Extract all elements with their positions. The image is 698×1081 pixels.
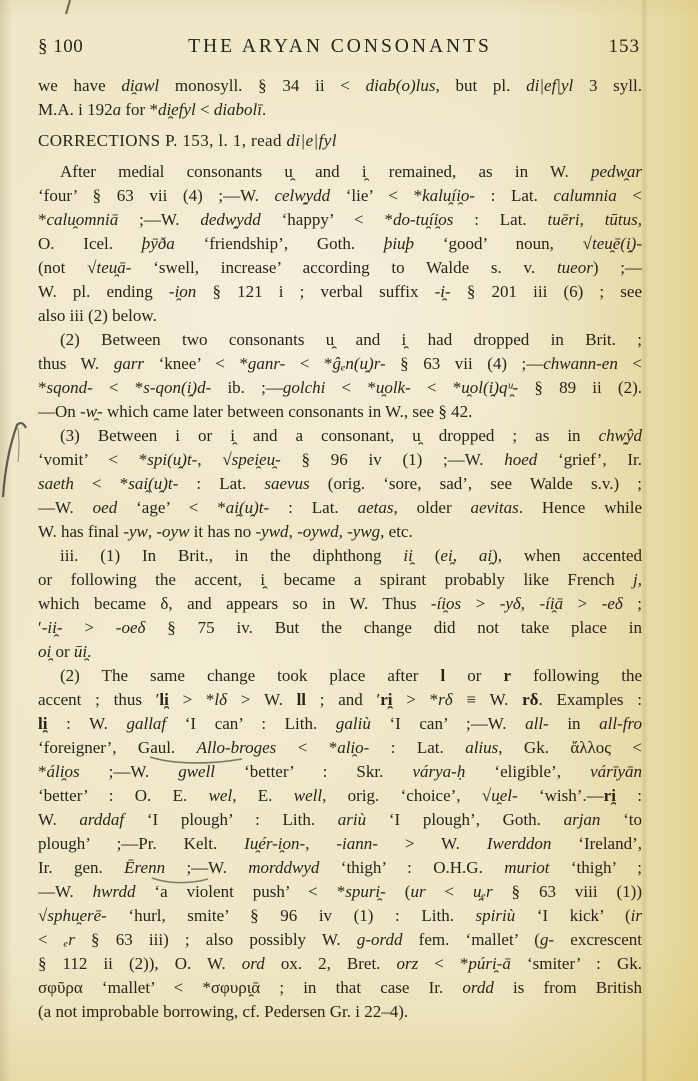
- text-line: or following the accent, i̯ became a spi…: [38, 568, 642, 592]
- text-line: W. arddaf ‘I plough’ : Lith. ariù ‘I plo…: [38, 808, 642, 832]
- text-line: (2) Between two consonants u̯ and i̯ had…: [38, 328, 642, 352]
- pen-tick-top: [66, 0, 70, 14]
- text-line: W. pl. ending -i̯on § 121 i ; verbal suf…: [38, 280, 642, 304]
- text-line: *sqond- < *s-qon(i̯)d- ib. ;—golchi < *u…: [38, 376, 642, 400]
- text-line: ‘foreigner’, Gaul. Allo-broges < *ali̯o-…: [38, 736, 642, 760]
- text-line: thus W. garr ‘knee’ < *ganr- < *ĝₑn(u̯)r…: [38, 352, 642, 376]
- text-line: § 112 ii (2)), O. W. ord ox. 2, Bret. or…: [38, 952, 642, 976]
- text-line: After medial consonants u̯ and i̯ remain…: [38, 160, 642, 184]
- paragraph-indent: iii. (1) In Brit., in the diphthong ii̯ …: [38, 544, 642, 664]
- text-line: *áli̯os ;—W. gwell ‘better’ : Skr. várya…: [38, 760, 642, 784]
- paragraph-corrections: CORRECTIONS P. 153, l. 1, read di|e|fyl: [38, 129, 642, 153]
- text-line: ‘better’ : O. E. wel, E. well, orig. ‘ch…: [38, 784, 642, 808]
- text-line: (3) Between i or i̯ and a consonant, u̯ …: [38, 424, 642, 448]
- text-block: we have di̯awl monosyll. § 34 ii < diab(…: [38, 74, 642, 1024]
- page-number: 153: [609, 36, 641, 58]
- text-line: ‘vomit’ < *spi(u̯)t-, √spei̯eu̯- § 96 iv…: [38, 448, 642, 472]
- paragraph-continuation: we have di̯awl monosyll. § 34 ii < diab(…: [38, 74, 642, 122]
- text-line: O. Icel. þȳða ‘friendship’, Goth. þiuþ ‘…: [38, 232, 642, 256]
- text-line: ′-ii̯- > -oeδ § 75 iv. But the change di…: [38, 616, 642, 640]
- text-line: —On -w̯- which came later between conson…: [38, 400, 642, 424]
- text-line: √sphu̯erē- ‘hurl, smite’ § 96 iv (1) : L…: [38, 904, 642, 928]
- text-line: also iii (2) below.: [38, 304, 642, 328]
- text-line: which became δ, and appears so in W. Thu…: [38, 592, 642, 616]
- page-title: THE ARYAN CONSONANTS: [38, 36, 642, 58]
- running-head: § 100 THE ARYAN CONSONANTS 153: [38, 36, 642, 62]
- text-line: —W. hwrdd ‘a violent push’ < *spuri̯- (u…: [38, 880, 642, 904]
- scanned-book-page: § 100 THE ARYAN CONSONANTS 153 we have d…: [0, 0, 698, 1081]
- pen-margin-slash: [3, 423, 26, 497]
- text-line: (not √teu̯ā- ‘swell, increase’ according…: [38, 256, 642, 280]
- text-line: oi̯ or ūi̯.: [38, 640, 642, 664]
- text-line: W. has final -yw, -oyw it has no -ywd, -…: [38, 520, 642, 544]
- paragraph-indent: (3) Between i or i̯ and a consonant, u̯ …: [38, 424, 642, 544]
- text-line: li̯ : W. gallaf ‘I can’ : Lith. galiù ‘I…: [38, 712, 642, 736]
- pen-margin-slash-hairline: [18, 428, 19, 462]
- text-line: we have di̯awl monosyll. § 34 ii < diab(…: [38, 74, 642, 98]
- text-line: accent ; thus ′li̯ > *lδ > W. ll ; and ′…: [38, 688, 642, 712]
- text-line: *calu̯omniā ;—W. dedw̯ydd ‘happy’ < *do-…: [38, 208, 642, 232]
- text-line: M.A. i 192a for *di̯efyl < diabolī.: [38, 98, 642, 122]
- paragraph-indent: (2) Between two consonants u̯ and i̯ had…: [38, 328, 642, 424]
- text-line: plough’ ;—Pr. Kelt. Iu̯ér-i̯on-, -iann- …: [38, 832, 642, 856]
- text-line: saeth < *sai̯(u̯)t- : Lat. saevus (orig.…: [38, 472, 642, 496]
- text-line: CORRECTIONS P. 153, l. 1, read di|e|fyl: [38, 129, 642, 153]
- paragraph-indent: After medial consonants u̯ and i̯ remain…: [38, 160, 642, 328]
- text-line: < ₑr § 63 iii) ; also possibly W. g-ordd…: [38, 928, 642, 952]
- paragraph-indent: (2) The same change took place after l o…: [38, 664, 642, 1024]
- text-line: —W. oed ‘age’ < *ai̯(u̯)t- : Lat. aetas,…: [38, 496, 642, 520]
- text-line: (2) The same change took place after l o…: [38, 664, 642, 688]
- text-line: (a not improbable borrowing, cf. Pederse…: [38, 1000, 642, 1024]
- text-line: ‘four’ § 63 vii (4) ;—W. celw̯ydd ‘lie’ …: [38, 184, 642, 208]
- text-line: Ir. gen. Ērenn ;—W. morddwyd ‘thigh’ : O…: [38, 856, 642, 880]
- text-line: σφῦρα ‘mallet’ < *σφυρι̯ᾱ ; in that case…: [38, 976, 642, 1000]
- text-line: iii. (1) In Brit., in the diphthong ii̯ …: [38, 544, 642, 568]
